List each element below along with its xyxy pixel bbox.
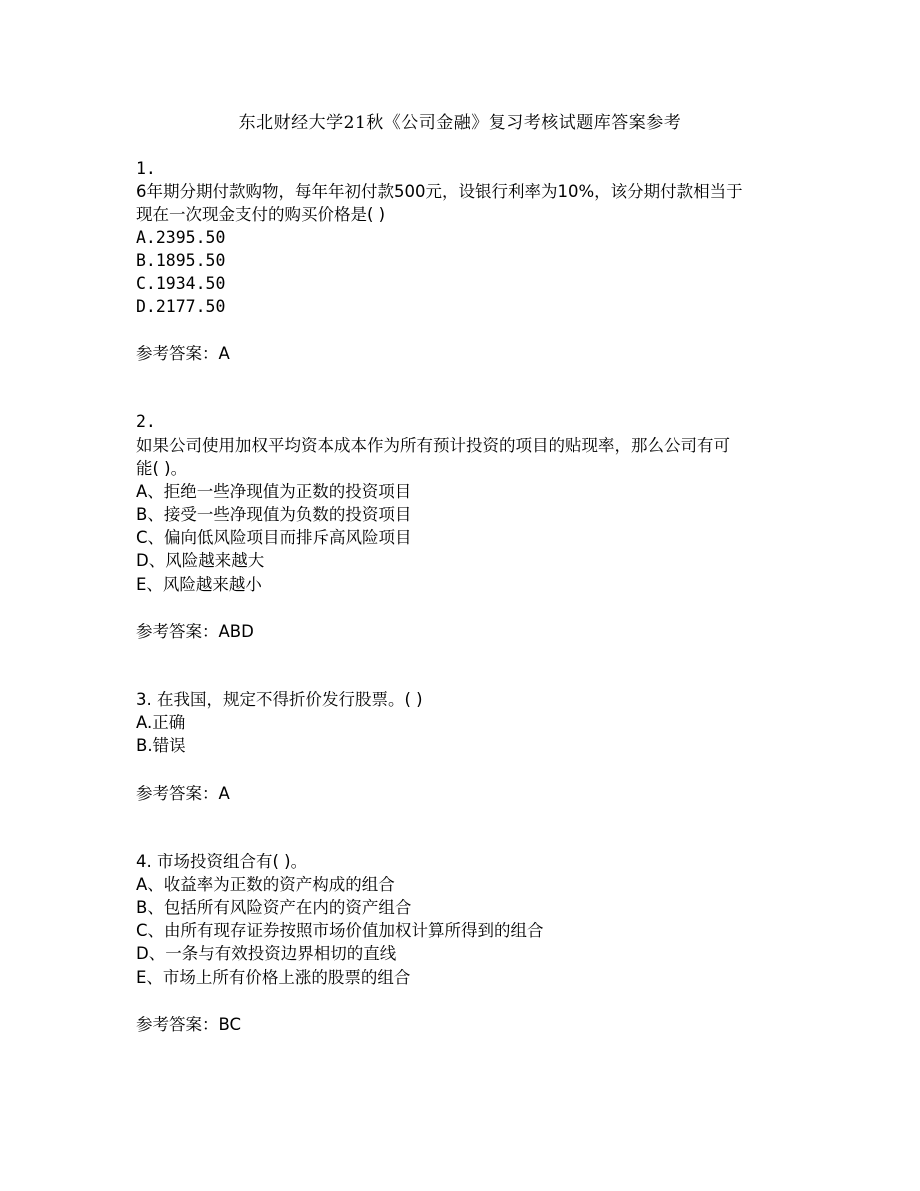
option: A.正确 [136,711,185,734]
option: B、包括所有风险资产在内的资产组合 [136,896,411,919]
document-title: 东北财经大学21秋《公司金融》复习考核试题库答案参考 [0,108,920,133]
option: C、由所有现存证券按照市场价值加权计算所得到的组合 [136,919,544,942]
question-stem: 能( )。 [136,457,187,480]
question-stem: 如果公司使用加权平均资本成本作为所有预计投资的项目的贴现率，那么公司有可 [136,434,730,457]
option: D、一条与有效投资边界相切的直线 [136,942,396,965]
option: E、市场上所有价格上涨的股票的组合 [136,966,410,989]
option: B.错误 [136,734,186,757]
answer: 参考答案：A [136,342,230,365]
question-stem: 现在一次现金支付的购买价格是( ) [136,203,385,226]
option: C、偏向低风险项目而排斥高风险项目 [136,526,412,549]
option: A、拒绝一些净现值为正数的投资项目 [136,480,411,503]
option: D.2177.50 [136,295,225,318]
question-stem: 3. 在我国，规定不得折价发行股票。( ) [136,688,423,711]
option: B、接受一些净现值为负数的投资项目 [136,503,411,526]
answer: 参考答案：A [136,782,230,805]
option: C.1934.50 [136,272,225,295]
option: A、收益率为正数的资产构成的组合 [136,873,395,896]
question-stem: 4. 市场投资组合有( )。 [136,850,307,873]
option: A.2395.50 [136,226,225,249]
question-number: 2. [136,410,156,433]
answer: 参考答案：ABD [136,620,254,643]
answer: 参考答案：BC [136,1013,241,1036]
question-stem: 6年期分期付款购物，每年年初付款500元，设银行利率为10%，该分期付款相当于 [136,180,743,203]
option: D、风险越来越大 [136,549,264,572]
question-number: 1. [136,157,156,180]
option: E、风险越来越小 [136,573,262,596]
option: B.1895.50 [136,249,225,272]
